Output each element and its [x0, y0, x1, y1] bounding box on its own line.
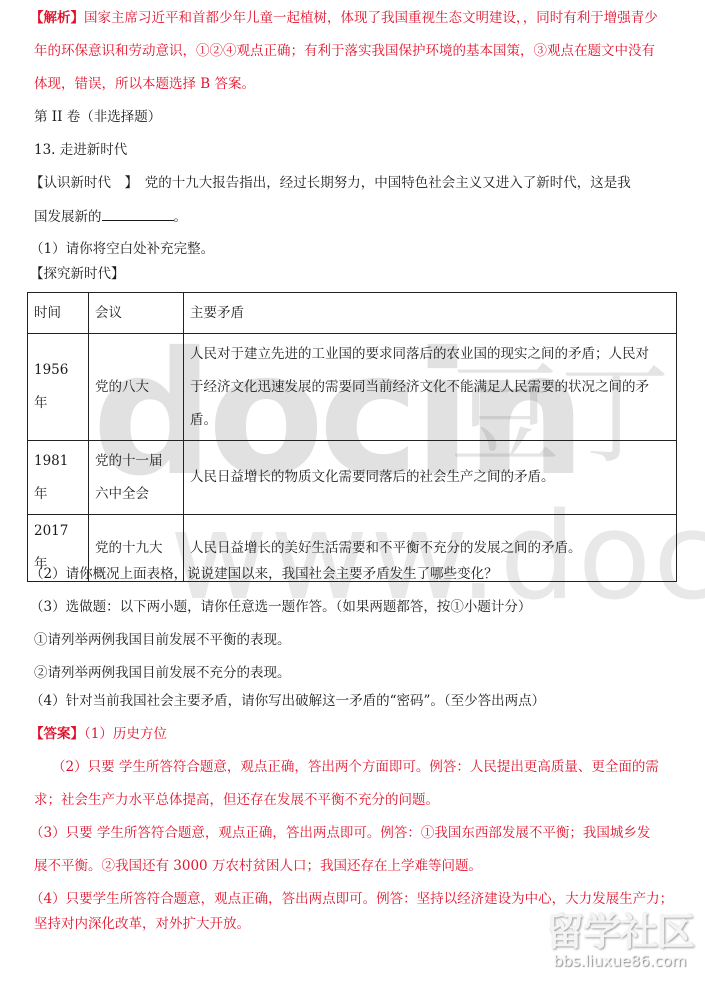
- sub-question-3: （3）选做题：以下两小题，请你任意选一题作答。（如果两题都答，按①小题计分）: [30, 597, 531, 617]
- answer-4-line-2: 坚持对内深化改革，对外扩大开放。: [34, 914, 250, 934]
- cell-meeting: 党的十九大: [89, 515, 184, 582]
- table-row: 1956 年 党的八大 人民对于建立先进的工业国的要求同落后的农业国的现实之间的…: [28, 334, 677, 441]
- answer-2-line-2: 求；社会生产力水平总体提高，但还存在发展不平衡不充分的问题。: [34, 790, 439, 810]
- recognize-line-2: 国发展新的。: [34, 206, 187, 227]
- header-contradiction: 主要矛盾: [184, 293, 677, 334]
- liuxue-url: bbs.liuxue86.com: [540, 952, 700, 970]
- table-row: 1981 年 党的十一届 六中全会 人民日益增长的物质文化需要同落后的社会生产之…: [28, 441, 677, 515]
- sub-question-3b: ②请列举两例我国目前发展不充分的表现。: [34, 663, 291, 683]
- analysis-line-2: 年的环保意识和劳动意识，①②④观点正确；有利于落实我国保护环境的基本国策，③观点…: [34, 41, 655, 61]
- table-row: 2017 年 党的十九大 人民日益增长的美好生活需要和不平衡不充分的发展之间的矛…: [28, 515, 677, 582]
- answer-3-line-2: 展不平衡。②我国还有 3000 万农村贫困人口；我国还存在上学难等问题。: [34, 856, 482, 876]
- explore-label: 【探究新时代】: [30, 264, 125, 284]
- sub-question-1: （1）请你将空白处补充完整。: [30, 239, 214, 259]
- fill-blank: [102, 206, 174, 221]
- liuxue-watermark: 留学社区 bbs.liuxue86.com: [540, 912, 700, 970]
- answer-line-1: 【答案】（1）历史方位: [30, 724, 167, 744]
- sub-question-4: （4）针对当前我国社会主要矛盾，请你写出破解这一矛盾的“密码”。（至少答出两点）: [30, 691, 545, 711]
- answer-2-line-1: （2）只要 学生所答符合题意，观点正确，答出两个方面即可。例答：人民提出更高质量…: [52, 757, 659, 777]
- analysis-label: 【解析】: [30, 10, 84, 26]
- cell-contradiction: 人民对于建立先进的工业国的要求同落后的农业国的现实之间的矛盾；人民对 于经济文化…: [184, 334, 677, 441]
- recognize-line-1: 【认识新时代 】 党的十九大报告指出，经过长期努力，中国特色社会主义又进入了新时…: [30, 173, 631, 193]
- sub-question-3a: ①请列举两例我国目前发展不平衡的表现。: [34, 630, 291, 650]
- cell-time: 1956 年: [28, 334, 89, 441]
- header-time: 时间: [28, 293, 89, 334]
- answer-label: 【答案】: [30, 726, 84, 742]
- cell-contradiction: 人民日益增长的美好生活需要和不平衡不充分的发展之间的矛盾。: [184, 515, 677, 582]
- answer-3-line-1: （3）只要 学生所答符合题意，观点正确，答出两点即可。例答：①我国东西部发展不平…: [30, 823, 650, 843]
- document-page: docin 豆丁 www.docin.com 留学社区 bbs.liuxue86…: [0, 0, 705, 983]
- question-title: 13. 走进新时代: [34, 140, 127, 160]
- analysis-line-3: 体现，错误，所以本题选择 B 答案。: [34, 74, 255, 94]
- contradiction-table: 时间 会议 主要矛盾 1956 年 党的八大 人民对于建立先进的工业国的要求同落…: [27, 292, 677, 582]
- cell-meeting: 党的八大: [89, 334, 184, 441]
- liuxue-logo-text: 留学社区: [540, 912, 700, 952]
- cell-time: 2017 年: [28, 515, 89, 582]
- analysis-line-1: 【解析】国家主席习近平和首都少年儿童一起植树，体现了我国重视生态文明建设，，同时…: [30, 8, 658, 28]
- section-title: 第 II 卷（非选择题）: [34, 107, 161, 127]
- cell-meeting: 党的十一届 六中全会: [89, 441, 184, 515]
- recognize-label: 【认识新时代 】: [30, 175, 131, 191]
- header-meeting: 会议: [89, 293, 184, 334]
- table-header-row: 时间 会议 主要矛盾: [28, 293, 677, 334]
- cell-contradiction: 人民日益增长的物质文化需要同落后的社会生产之间的矛盾。: [184, 441, 677, 515]
- answer-4-line-1: （4）只要学生所答符合题意，观点正确，答出两点即可。例答：坚持以经济建设为中心，…: [30, 889, 673, 909]
- cell-time: 1981 年: [28, 441, 89, 515]
